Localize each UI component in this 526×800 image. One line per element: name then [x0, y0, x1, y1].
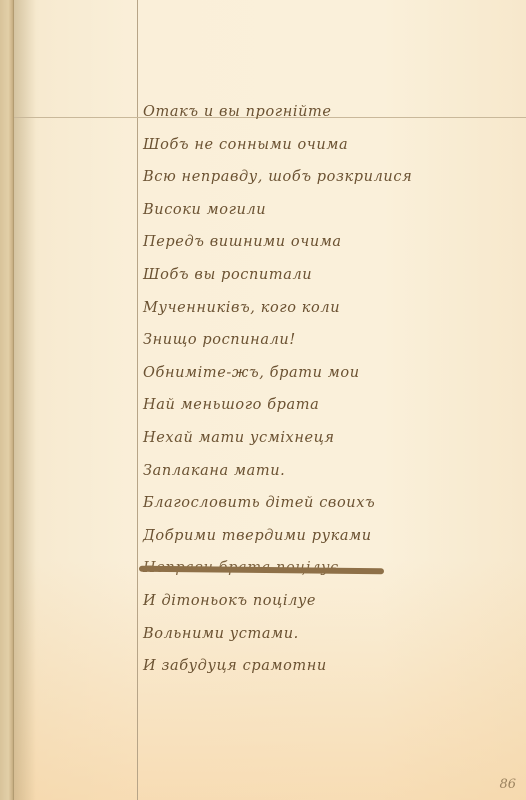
text-line: Нехай мати усміхнеця [143, 422, 513, 455]
text-line: Вольними устами. [143, 618, 513, 651]
text-line: Отакъ и вы прогнійте [143, 96, 513, 129]
handwritten-text-block: Отакъ и вы прогнійте Шобъ не сонными очи… [143, 96, 513, 683]
text-line: И забудуця срамотни [143, 650, 513, 683]
text-line: Всю неправду, шобъ розкрилися [143, 161, 513, 194]
text-line: Шобъ не сонными очима [143, 129, 513, 162]
text-line: Шобъ вы роспитали [143, 259, 513, 292]
binding-fold-shadow [14, 0, 36, 800]
page-number: 86 [499, 777, 516, 792]
text-line: Передъ вишними очима [143, 226, 513, 259]
text-line: Благословить дітей своихъ [143, 487, 513, 520]
text-line: Високи могили [143, 194, 513, 227]
struck-text-line: Неправи брата поцілує [143, 552, 513, 585]
margin-line [137, 0, 138, 800]
text-line: Добрими твердими руками [143, 520, 513, 553]
text-line: Най меньшого брата [143, 389, 513, 422]
text-line: И дітоньокъ поцілуе [143, 585, 513, 618]
manuscript-page: Отакъ и вы прогнійте Шобъ не сонными очи… [0, 0, 526, 800]
text-line: Мученниківъ, кого коли [143, 292, 513, 325]
book-binding-edge [0, 0, 14, 800]
text-line: Обниміте-жъ, брати мои [143, 357, 513, 390]
text-line: Заплакана мати. [143, 455, 513, 488]
text-line: Знищо роспинали! [143, 324, 513, 357]
